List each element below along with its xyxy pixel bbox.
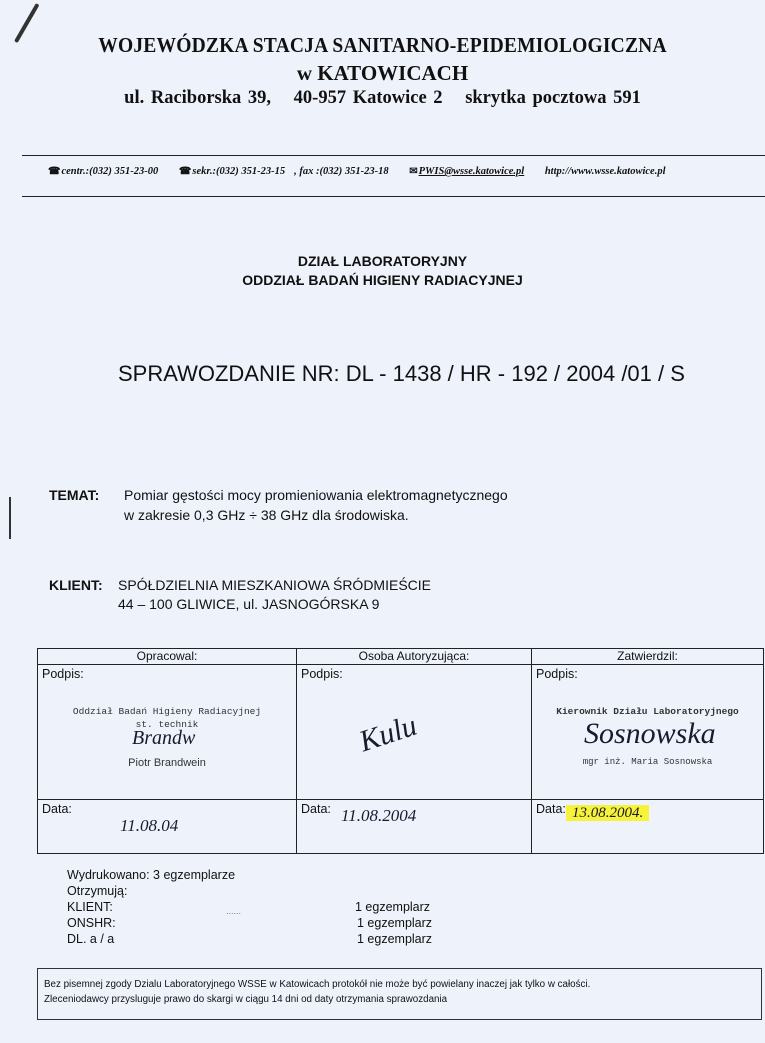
date-cell-approved: Data: 13.08.2004. [532,800,764,854]
recipient-copies: 1 egzemplarz [355,900,430,916]
client-name: SPÓŁDZIELNIA MIESZKANIOWA ŚRÓDMIEŚCIE [118,577,431,593]
stamp-line: Oddział Badań Higieny Radiacyjnej [38,706,296,717]
stamp-line: Kierownik Działu Laboratoryjnego [532,706,763,717]
institution-name: WOJEWÓDZKA STACJA SANITARNO-EPIDEMIOLOGI… [27,33,738,58]
signature-table: Opracowal: Osoba Autoryzująca: Zatwierdz… [37,648,764,854]
sign-label: Podpis: [536,667,578,681]
handwritten-signature: Kulu [355,709,421,759]
header-prepared-by: Opracowal: [38,649,297,665]
address-pobox: skrytka pocztowa 591 [465,88,641,108]
fax-number: , fax :(032) 351-23-18 [294,166,388,177]
header-authorized-by: Osoba Autoryzująca: [297,649,532,665]
subject-line1: Pomiar gęstości mocy promieniowania elek… [124,487,508,503]
contact-website[interactable]: http://www.wsse.katowice.pl [545,166,666,177]
handwritten-date: 13.08.2004. [566,805,649,822]
recipient-name: ONSHR: [67,916,116,932]
printed-count: Wydrukowano: 3 egzemplarze [67,868,235,884]
subject-label: TEMAT: [49,487,99,503]
sign-label: Podpis: [301,667,343,681]
stamp-name: mgr inż. Maria Sosnowska [532,757,763,767]
copyright-notice-box: Bez pisemnej zgody Dzialu Laboratoryjneg… [37,968,762,1020]
date-cell-prepared: Data: 11.08.04 [38,800,297,854]
dots: ...... [226,904,241,920]
notice-line2: Zleceniodawcy przysluguje prawo do skarg… [44,994,447,1005]
contact-central: ☎centr.:(032) 351-23-00 [48,166,167,177]
recipient-name: KLIENT: [67,900,113,916]
date-label: Data: [536,802,566,816]
contact-bar: ☎centr.:(032) 351-23-00 ☎sekr.:(032) 351… [48,166,675,177]
stamp-name: Piotr Brandwein [38,757,296,769]
divider [22,196,765,197]
client-label: KLIENT: [49,577,103,593]
handwritten-signature: Brandw [132,727,195,750]
recipient-copies: 1 egzemplarz [357,916,432,932]
address-street: ul. Raciborska 39, [124,88,271,108]
institution-city: w KATOWICACH [0,61,765,86]
recipient-name: DL. a / a [67,932,114,948]
department-unit: ODDZIAŁ BADAŃ HIGIENY RADIACYJNEJ [0,272,765,288]
contact-email[interactable]: ✉PWIS@wsse.katowice.pl [409,166,533,177]
client-address: 44 – 100 GLIWICE, ul. JASNOGÓRSKA 9 [118,596,379,612]
handwritten-date: 11.08.04 [120,816,178,836]
phone-icon: ☎ [48,166,60,177]
signature-cell-prepared: Podpis: Oddział Badań Higieny Radiacyjne… [38,665,297,800]
header-approved-by: Zatwierdzil: [532,649,764,665]
divider [22,155,765,156]
date-cell-authorized: Data: 11.08.2004 [297,800,532,854]
date-label: Data: [301,802,331,816]
subject-line2: w zakresie 0,3 GHz ÷ 38 GHz dla środowis… [124,507,409,523]
sign-label: Podpis: [42,667,84,681]
recipient-copies: 1 egzemplarz [357,932,432,948]
handwritten-date: 11.08.2004 [341,806,416,826]
secretary-number: sekr.:(032) 351-23-15 [192,166,285,177]
address-postal: 40-957 Katowice 2 [294,88,443,108]
recipients-label: Otrzymują: [67,884,127,900]
contact-secretary: ☎sekr.:(032) 351-23-15, fax :(032) 351-2… [179,166,398,177]
notice-line1: Bez pisemnej zgody Dzialu Laboratoryjneg… [44,979,590,990]
email-icon: ✉ [409,166,417,177]
phone-icon: ☎ [179,166,191,177]
handwritten-signature: Sosnowska [584,717,716,751]
signature-cell-authorized: Podpis: Kulu [297,665,532,800]
date-label: Data: [42,802,72,816]
signature-cell-approved: Podpis: Kierownik Działu Laboratoryjnego… [532,665,764,800]
margin-mark [9,497,11,539]
email-link[interactable]: PWIS@wsse.katowice.pl [419,166,525,177]
report-title: SPRAWOZDANIE NR: DL - 1438 / HR - 192 / … [118,361,685,387]
highlighted-date: 13.08.2004. [566,805,649,821]
department-name: DZIAŁ LABORATORYJNY [0,253,765,269]
central-number: centr.:(032) 351-23-00 [61,166,158,177]
institution-address: ul. Raciborska 39, 40-957 Katowice 2 skr… [0,88,765,109]
